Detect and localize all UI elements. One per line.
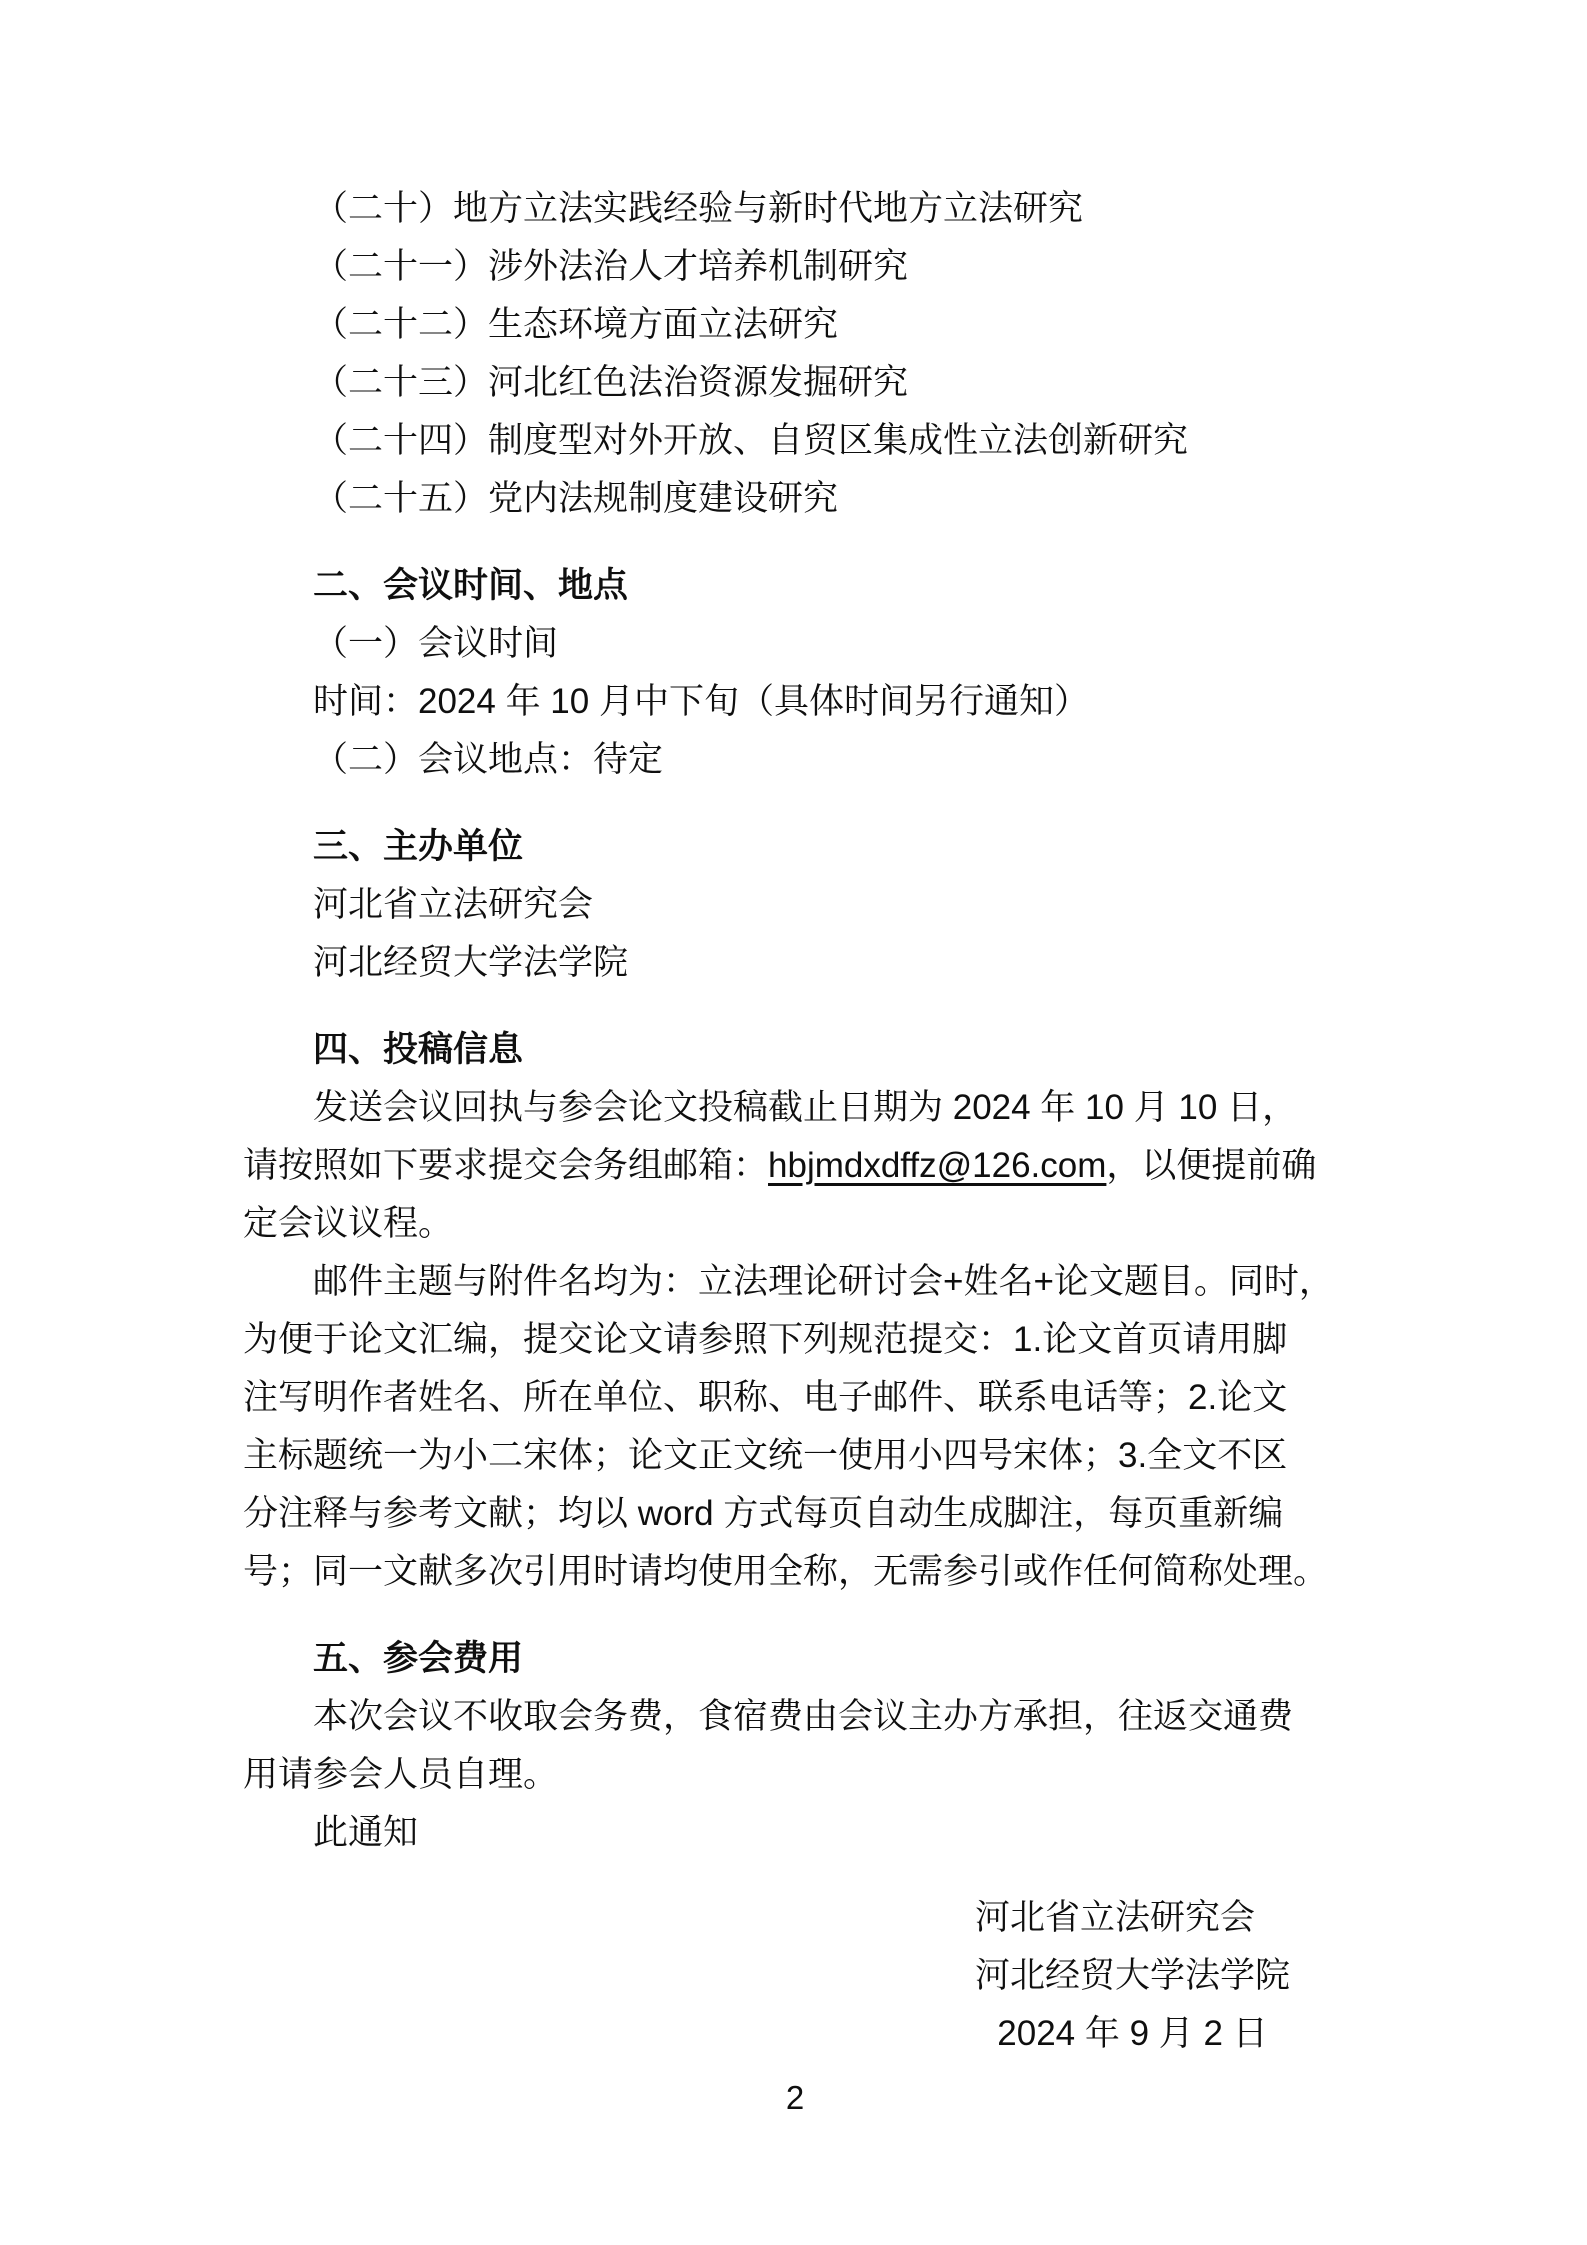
signature-date: 2024 年 9 月 2 日 [975, 2005, 1290, 2063]
topic-item: （二十三）河北红色法治资源发掘研究 [243, 354, 1347, 412]
topic-item: （二十）地方立法实践经验与新时代地方立法研究 [243, 180, 1347, 238]
section-heading-submission: 四、投稿信息 [243, 1021, 1347, 1079]
meeting-time-value: 时间：2024 年 10 月中下旬（具体时间另行通知） [243, 673, 1347, 731]
section-fees: 五、参会费用 本次会议不收取会务费，食宿费由会议主办方承担，往返交通费 用请参会… [243, 1630, 1347, 1862]
closing-line: 此通知 [243, 1804, 1347, 1862]
section-submission: 四、投稿信息 发送会议回执与参会论文投稿截止日期为 2024 年 10 月 10… [243, 1021, 1347, 1601]
topic-item: （二十二）生态环境方面立法研究 [243, 296, 1347, 354]
section-heading-time-place: 二、会议时间、地点 [243, 557, 1347, 615]
meeting-time-subheading: （一）会议时间 [243, 615, 1347, 673]
signature-org-2: 河北经贸大学法学院 [975, 1947, 1290, 2005]
signature-block: 河北省立法研究会 河北经贸大学法学院 2024 年 9 月 2 日 [975, 1889, 1290, 2063]
page-number: 2 [243, 2069, 1347, 2127]
section-heading-fees: 五、参会费用 [243, 1630, 1347, 1688]
meeting-place-line: （二）会议地点：待定 [243, 731, 1347, 789]
submission-paragraph-2: 邮件主题与附件名均为：立法理论研讨会+姓名+论文题目。同时， 为便于论文汇编，提… [243, 1253, 1347, 1601]
topic-item: （二十五）党内法规制度建设研究 [243, 470, 1347, 528]
signature-org-1: 河北省立法研究会 [975, 1889, 1290, 1947]
topic-item: （二十一）涉外法治人才培养机制研究 [243, 238, 1347, 296]
section-time-place: 二、会议时间、地点 （一）会议时间 时间：2024 年 10 月中下旬（具体时间… [243, 557, 1347, 789]
topic-list: （二十）地方立法实践经验与新时代地方立法研究 （二十一）涉外法治人才培养机制研究… [243, 180, 1347, 528]
topic-item: （二十四）制度型对外开放、自贸区集成性立法创新研究 [243, 412, 1347, 470]
document-page: （二十）地方立法实践经验与新时代地方立法研究 （二十一）涉外法治人才培养机制研究… [0, 0, 1587, 2245]
section-organizers: 三、主办单位 河北省立法研究会 河北经贸大学法学院 [243, 818, 1347, 992]
submission-email-link[interactable]: hbjmdxdffz@126.com [768, 1146, 1106, 1185]
section-heading-organizers: 三、主办单位 [243, 818, 1347, 876]
submission-paragraph-1: 发送会议回执与参会论文投稿截止日期为 2024 年 10 月 10 日， 请按照… [243, 1079, 1347, 1253]
fees-paragraph: 本次会议不收取会务费，食宿费由会议主办方承担，往返交通费 用请参会人员自理。 [243, 1688, 1347, 1804]
organizer-1: 河北省立法研究会 [243, 876, 1347, 934]
organizer-2: 河北经贸大学法学院 [243, 934, 1347, 992]
